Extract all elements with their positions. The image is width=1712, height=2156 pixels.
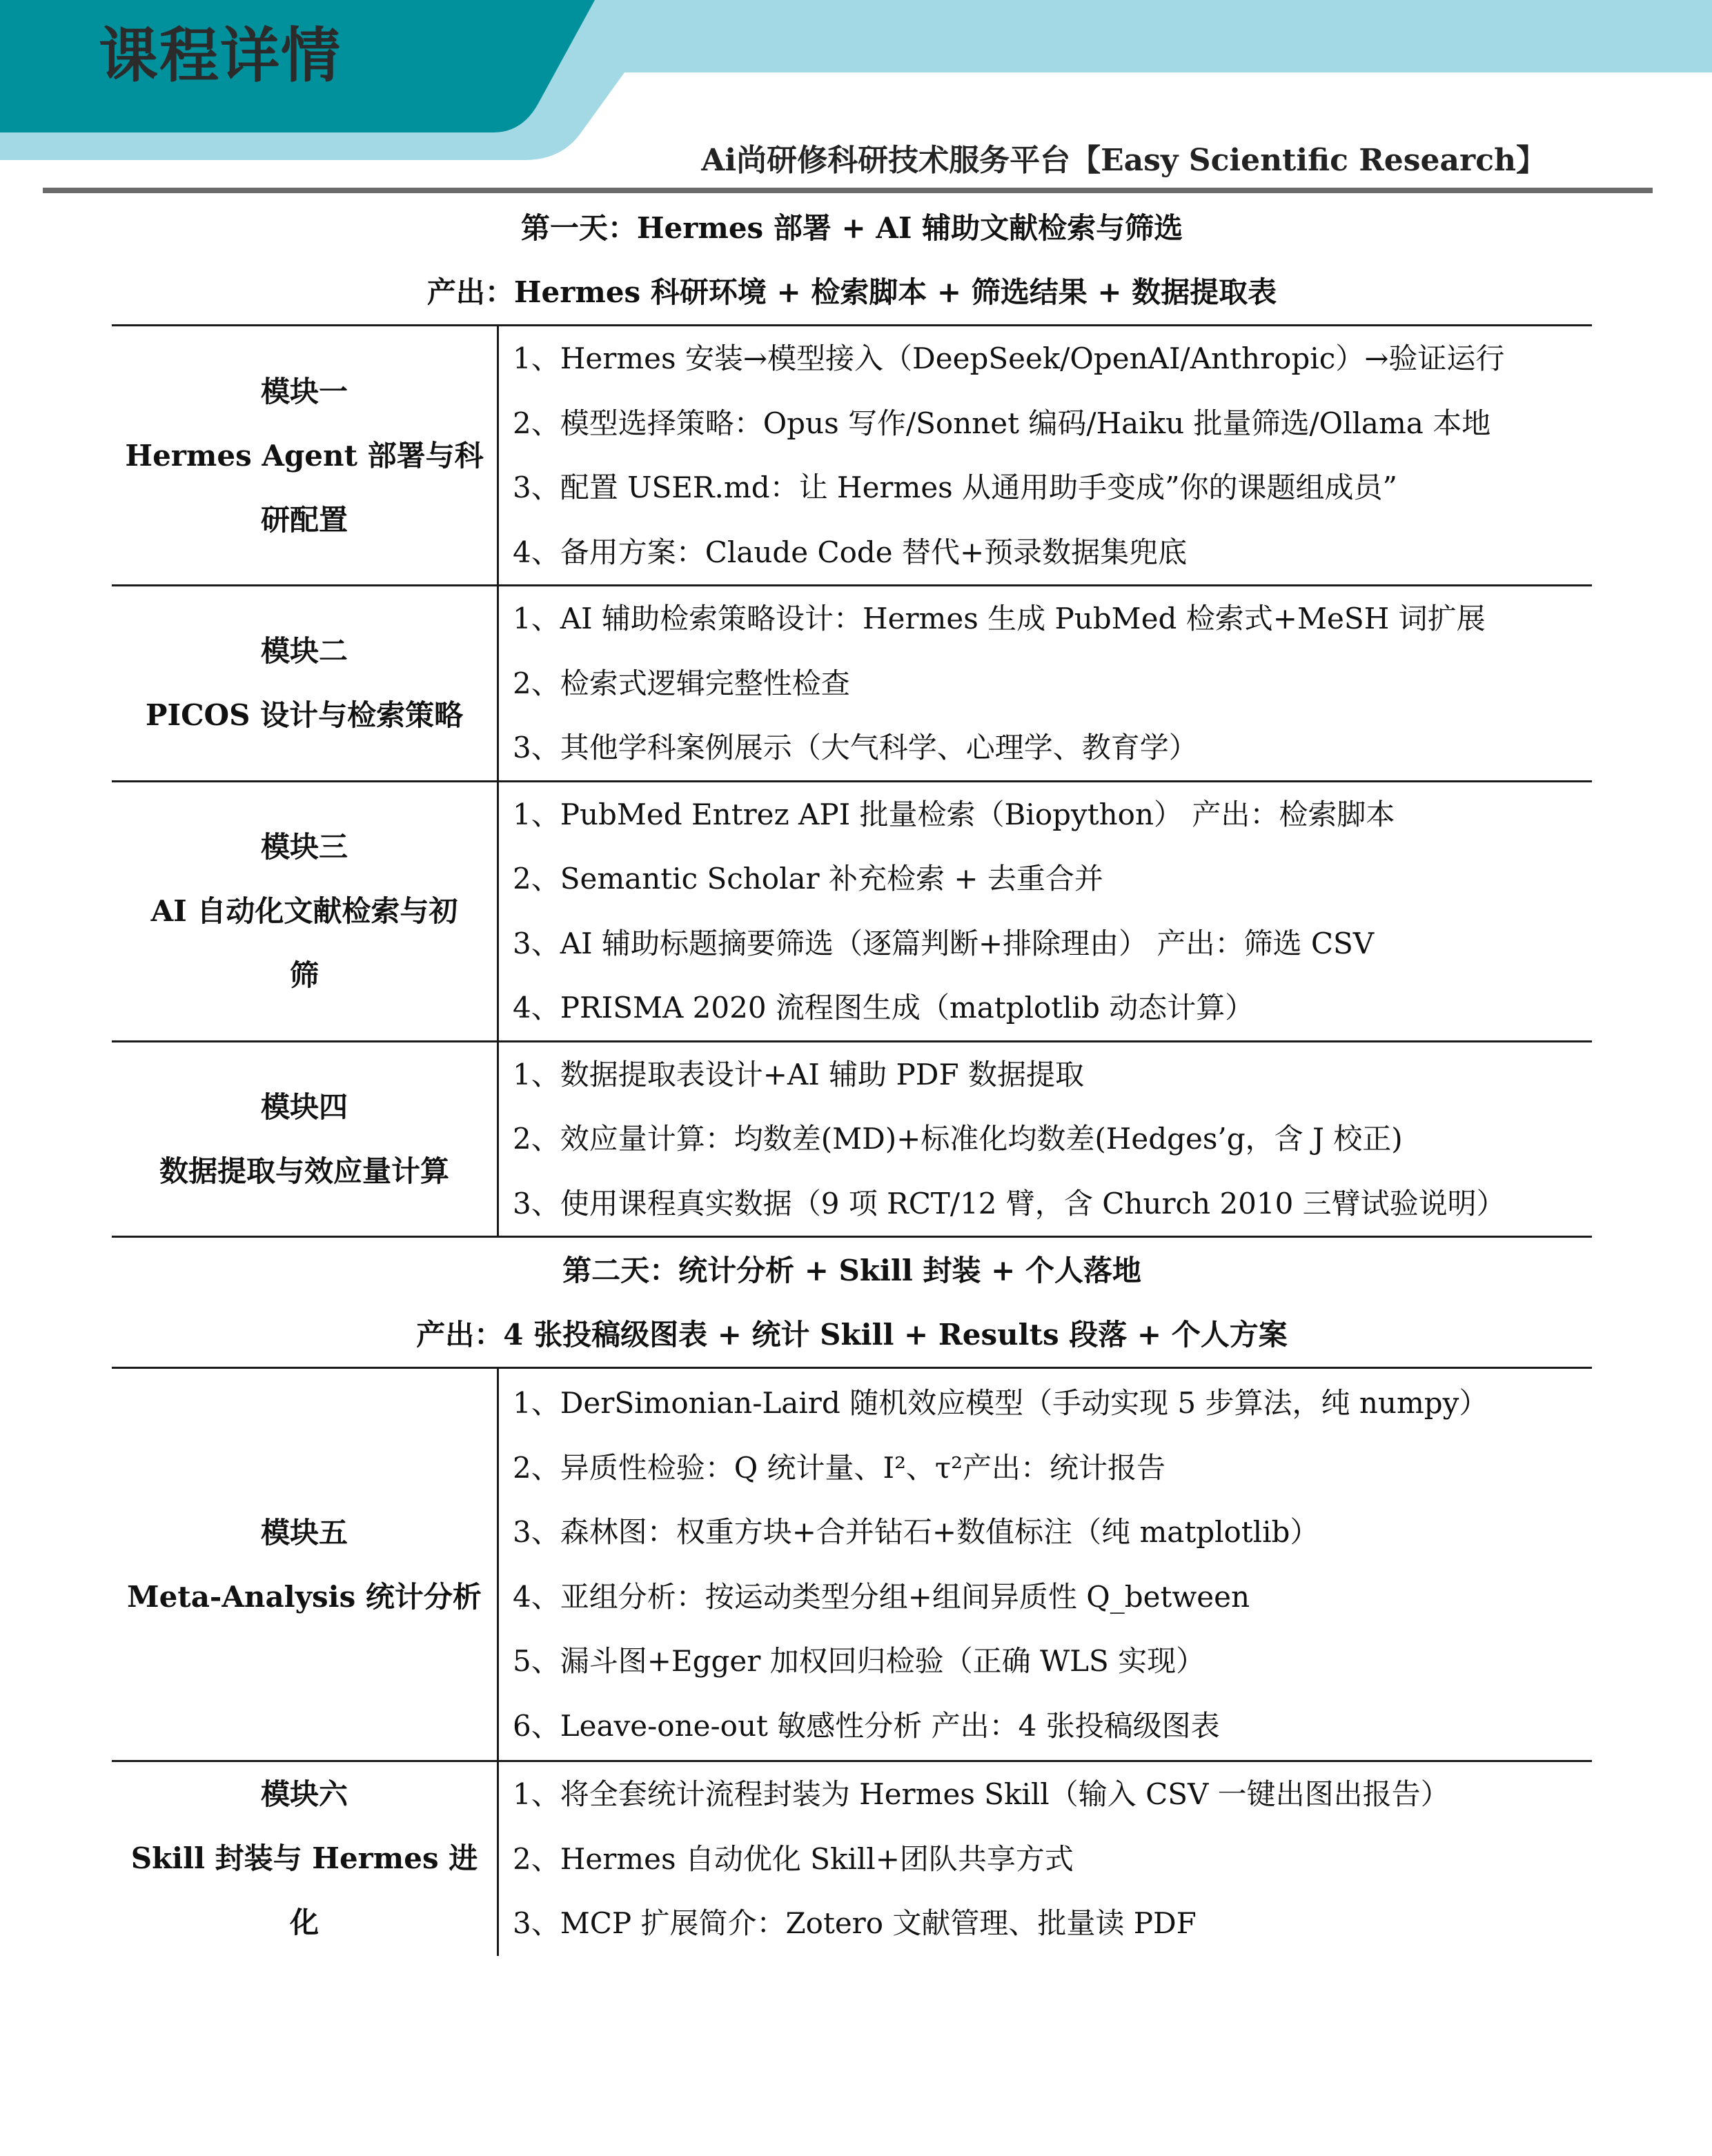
module-label: 模块四 [112, 1075, 497, 1139]
list-item: 3、其他学科案例展示（大气科学、心理学、教育学） [513, 715, 1592, 780]
list-item: 3、配置 USER.md：让 Hermes 从通用助手变成”你的课题组成员” [513, 455, 1592, 520]
module-name: Skill 封装与 Hermes 进 [112, 1826, 497, 1890]
module-name: AI 自动化文献检索与初 [112, 879, 497, 943]
table-row: 模块三 AI 自动化文献检索与初 筛 1、PubMed Entrez API 批… [112, 781, 1592, 1041]
list-item: 1、将全套统计流程封装为 Hermes Skill（输入 CSV 一键出图出报告… [513, 1762, 1592, 1827]
module-items: 1、DerSimonian-Laird 随机效应模型（手动实现 5 步算法，纯 … [498, 1368, 1593, 1761]
page-title: 课程详情 [99, 26, 342, 86]
day-2-heading: 第二天：统计分析 + Skill 封装 + 个人落地 [112, 1238, 1592, 1303]
module-label: 模块六 [112, 1762, 497, 1826]
module-name: Meta-Analysis 统计分析 [112, 1565, 497, 1629]
header-banner: 课程详情 Ai尚研修科研技术服务平台【Easy Scientific Resea… [0, 0, 1712, 166]
list-item: 2、Hermes 自动优化 Skill+团队共享方式 [513, 1827, 1592, 1892]
module-name: 研配置 [112, 488, 497, 552]
list-item: 2、效应量计算：均数差(MD)+标准化均数差(Hedges’g，含 J 校正) [513, 1107, 1592, 1171]
list-item: 2、Semantic Scholar 补充检索 + 去重合并 [513, 847, 1592, 911]
day-1-header: 第一天：Hermes 部署 + AI 辅助文献检索与筛选 产出：Hermes 科… [112, 195, 1592, 324]
module-items: 1、数据提取表设计+AI 辅助 PDF 数据提取 2、效应量计算：均数差(MD)… [498, 1041, 1593, 1237]
module-cell: 模块四 数据提取与效应量计算 [112, 1041, 498, 1237]
list-item: 6、Leave-one-out 敏感性分析 产出：4 张投稿级图表 [513, 1694, 1592, 1759]
course-schedule: 第一天：Hermes 部署 + AI 辅助文献检索与筛选 产出：Hermes 科… [112, 195, 1592, 1956]
list-item: 4、亚组分析：按运动类型分组+组间异质性 Q_between [513, 1565, 1592, 1630]
day-1-heading: 第一天：Hermes 部署 + AI 辅助文献检索与筛选 [112, 196, 1592, 260]
list-item: 2、检索式逻辑完整性检查 [513, 651, 1592, 716]
table-row: 模块一 Hermes Agent 部署与科 研配置 1、Hermes 安装→模型… [112, 326, 1592, 586]
table-row: 模块四 数据提取与效应量计算 1、数据提取表设计+AI 辅助 PDF 数据提取 … [112, 1041, 1592, 1237]
module-cell: 模块五 Meta-Analysis 统计分析 [112, 1368, 498, 1761]
list-item: 3、使用课程真实数据（9 项 RCT/12 臂，含 Church 2010 三臂… [513, 1171, 1592, 1236]
table-row: 模块六 Skill 封装与 Hermes 进 化 1、将全套统计流程封装为 He… [112, 1761, 1592, 1956]
module-cell: 模块二 PICOS 设计与检索策略 [112, 586, 498, 782]
list-item: 1、Hermes 安装→模型接入（DeepSeek/OpenAI/Anthrop… [513, 326, 1592, 391]
list-item: 3、MCP 扩展简介：Zotero 文献管理、批量读 PDF [513, 1891, 1592, 1956]
day-2-table: 模块五 Meta-Analysis 统计分析 1、DerSimonian-Lai… [112, 1367, 1592, 1956]
day-2-header: 第二天：统计分析 + Skill 封装 + 个人落地 产出：4 张投稿级图表 +… [112, 1238, 1592, 1367]
module-name: PICOS 设计与检索策略 [112, 683, 497, 747]
table-row: 模块二 PICOS 设计与检索策略 1、AI 辅助检索策略设计：Hermes 生… [112, 586, 1592, 782]
module-name: 数据提取与效应量计算 [112, 1139, 497, 1203]
module-label: 模块一 [112, 359, 497, 424]
module-name: 化 [112, 1890, 497, 1955]
module-items: 1、Hermes 安装→模型接入（DeepSeek/OpenAI/Anthrop… [498, 326, 1593, 586]
platform-subtitle: Ai尚研修科研技术服务平台【Easy Scientific Research】 [701, 135, 1546, 179]
day-1-output: 产出：Hermes 科研环境 + 检索脚本 + 筛选结果 + 数据提取表 [112, 260, 1592, 324]
list-item: 1、DerSimonian-Laird 随机效应模型（手动实现 5 步算法，纯 … [513, 1371, 1592, 1436]
list-item: 4、备用方案：Claude Code 替代+预录数据集兜底 [513, 520, 1592, 585]
list-item: 1、AI 辅助检索策略设计：Hermes 生成 PubMed 检索式+MeSH … [513, 586, 1592, 651]
module-cell: 模块六 Skill 封装与 Hermes 进 化 [112, 1761, 498, 1956]
list-item: 2、模型选择策略：Opus 写作/Sonnet 编码/Haiku 批量筛选/Ol… [513, 391, 1592, 456]
day-1-table: 模块一 Hermes Agent 部署与科 研配置 1、Hermes 安装→模型… [112, 324, 1592, 1238]
module-items: 1、将全套统计流程封装为 Hermes Skill（输入 CSV 一键出图出报告… [498, 1761, 1593, 1956]
list-item: 1、数据提取表设计+AI 辅助 PDF 数据提取 [513, 1042, 1592, 1107]
list-item: 3、森林图：权重方块+合并钻石+数值标注（纯 matplotlib） [513, 1500, 1592, 1565]
module-label: 模块二 [112, 619, 497, 683]
module-name: 筛 [112, 943, 497, 1007]
module-label: 模块五 [112, 1501, 497, 1565]
list-item: 3、AI 辅助标题摘要筛选（逐篇判断+排除理由） 产出：筛选 CSV [513, 911, 1592, 976]
module-items: 1、PubMed Entrez API 批量检索（Biopython） 产出：检… [498, 781, 1593, 1041]
list-item: 5、漏斗图+Egger 加权回归检验（正确 WLS 实现） [513, 1629, 1592, 1694]
header-divider [43, 188, 1653, 193]
day-2-output: 产出：4 张投稿级图表 + 统计 Skill + Results 段落 + 个人… [112, 1303, 1592, 1367]
table-row: 模块五 Meta-Analysis 统计分析 1、DerSimonian-Lai… [112, 1368, 1592, 1761]
module-cell: 模块三 AI 自动化文献检索与初 筛 [112, 781, 498, 1041]
module-name: Hermes Agent 部署与科 [112, 424, 497, 488]
list-item: 2、异质性检验：Q 统计量、I²、τ²产出：统计报告 [513, 1436, 1592, 1501]
module-items: 1、AI 辅助检索策略设计：Hermes 生成 PubMed 检索式+MeSH … [498, 586, 1593, 782]
module-label: 模块三 [112, 815, 497, 879]
list-item: 4、PRISMA 2020 流程图生成（matplotlib 动态计算） [513, 976, 1592, 1040]
list-item: 1、PubMed Entrez API 批量检索（Biopython） 产出：检… [513, 782, 1592, 847]
module-cell: 模块一 Hermes Agent 部署与科 研配置 [112, 326, 498, 586]
